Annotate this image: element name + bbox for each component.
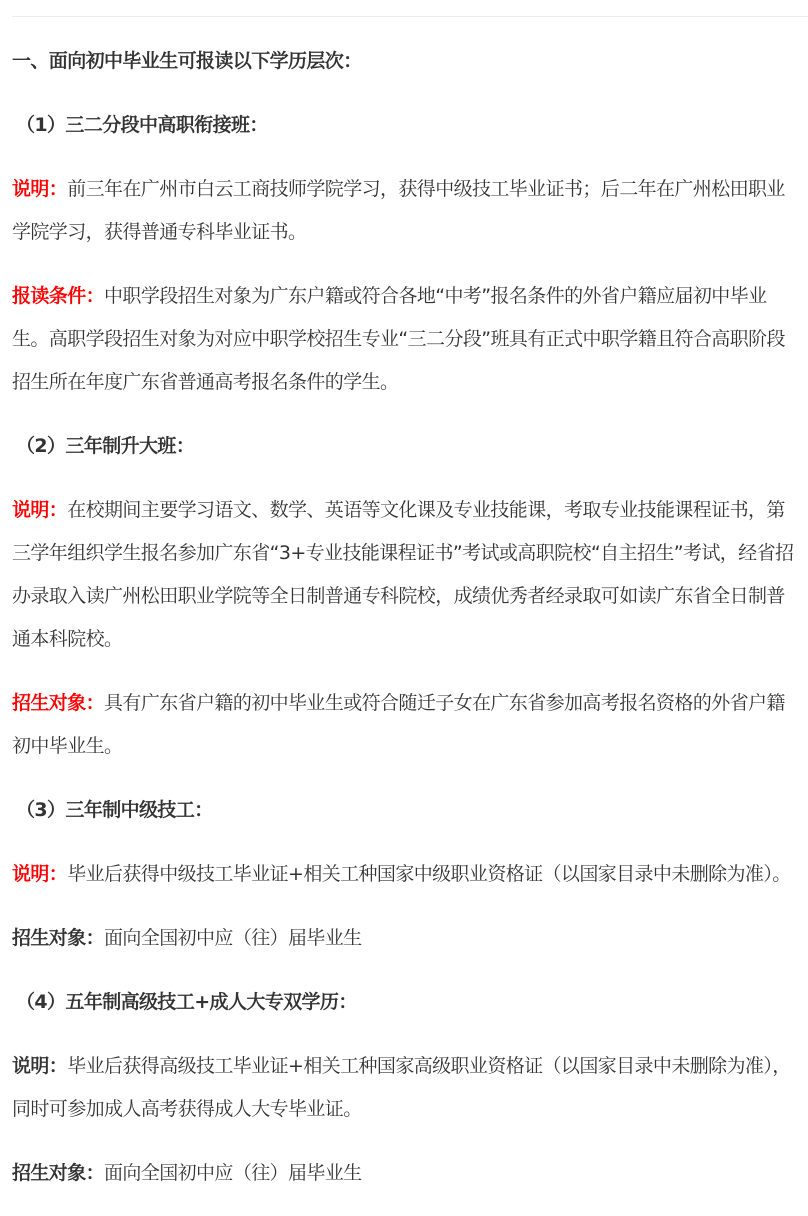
description-text: 在校期间主要学习语文、数学、英语等文化课及专业技能课，考取专业技能课程证书，第三…: [12, 499, 793, 650]
description-text: 毕业后获得中级技工毕业证+相关工种国家中级职业资格证（以国家目录中未删除为准）。: [67, 863, 790, 885]
section-2-description: 说明：在校期间主要学习语文、数学、英语等文化课及专业技能课，考取专业技能课程证书…: [12, 489, 802, 661]
description-label: 说明：: [12, 863, 67, 885]
section-heading-1: （1）三二分段中高职衔接班：: [12, 104, 802, 147]
section-heading-3: （3）三年制中级技工：: [12, 789, 802, 832]
target-students-label: 招生对象：: [12, 1162, 104, 1184]
section-heading-2: （2）三年制升大班：: [12, 425, 802, 468]
article-title: 一、面向初中毕业生可报读以下学历层次：: [12, 40, 802, 83]
target-students-label: 招生对象：: [12, 927, 104, 949]
description-label: 说明：: [12, 1055, 67, 1077]
requirements-label: 报读条件：: [12, 285, 104, 307]
section-4-target-students: 招生对象：面向全国初中应（往）届毕业生: [12, 1152, 802, 1184]
description-text: 毕业后获得高级技工毕业证+相关工种国家高级职业资格证（以国家目录中未删除为准），…: [12, 1055, 791, 1120]
section-3-description: 说明：毕业后获得中级技工毕业证+相关工种国家中级职业资格证（以国家目录中未删除为…: [12, 853, 802, 896]
description-label: 说明：: [12, 499, 67, 521]
article-content: 一、面向初中毕业生可报读以下学历层次： （1）三二分段中高职衔接班： 说明：前三…: [12, 40, 802, 1184]
description-text: 前三年在广州市白云工商技师学院学习，获得中级技工毕业证书；后二年在广州松田职业学…: [12, 178, 785, 243]
top-divider: [12, 16, 808, 17]
target-students-label: 招生对象：: [12, 692, 104, 714]
section-3-target-students: 招生对象：面向全国初中应（往）届毕业生: [12, 917, 802, 960]
section-1-requirements: 报读条件：中职学段招生对象为广东户籍或符合各地“中考”报名条件的外省户籍应届初中…: [12, 275, 802, 404]
target-students-text: 面向全国初中应（往）届毕业生: [104, 1162, 362, 1184]
target-students-text: 具有广东省户籍的初中毕业生或符合随迁子女在广东省参加高考报名资格的外省户籍初中毕…: [12, 692, 785, 757]
description-label: 说明：: [12, 178, 67, 200]
section-1-description: 说明：前三年在广州市白云工商技师学院学习，获得中级技工毕业证书；后二年在广州松田…: [12, 168, 802, 254]
section-4-description: 说明：毕业后获得高级技工毕业证+相关工种国家高级职业资格证（以国家目录中未删除为…: [12, 1045, 802, 1131]
section-heading-4: （4）五年制高级技工+成人大专双学历：: [12, 981, 802, 1024]
requirements-text: 中职学段招生对象为广东户籍或符合各地“中考”报名条件的外省户籍应届初中毕业生。高…: [12, 285, 785, 393]
target-students-text: 面向全国初中应（往）届毕业生: [104, 927, 362, 949]
section-2-target-students: 招生对象：具有广东省户籍的初中毕业生或符合随迁子女在广东省参加高考报名资格的外省…: [12, 682, 802, 768]
